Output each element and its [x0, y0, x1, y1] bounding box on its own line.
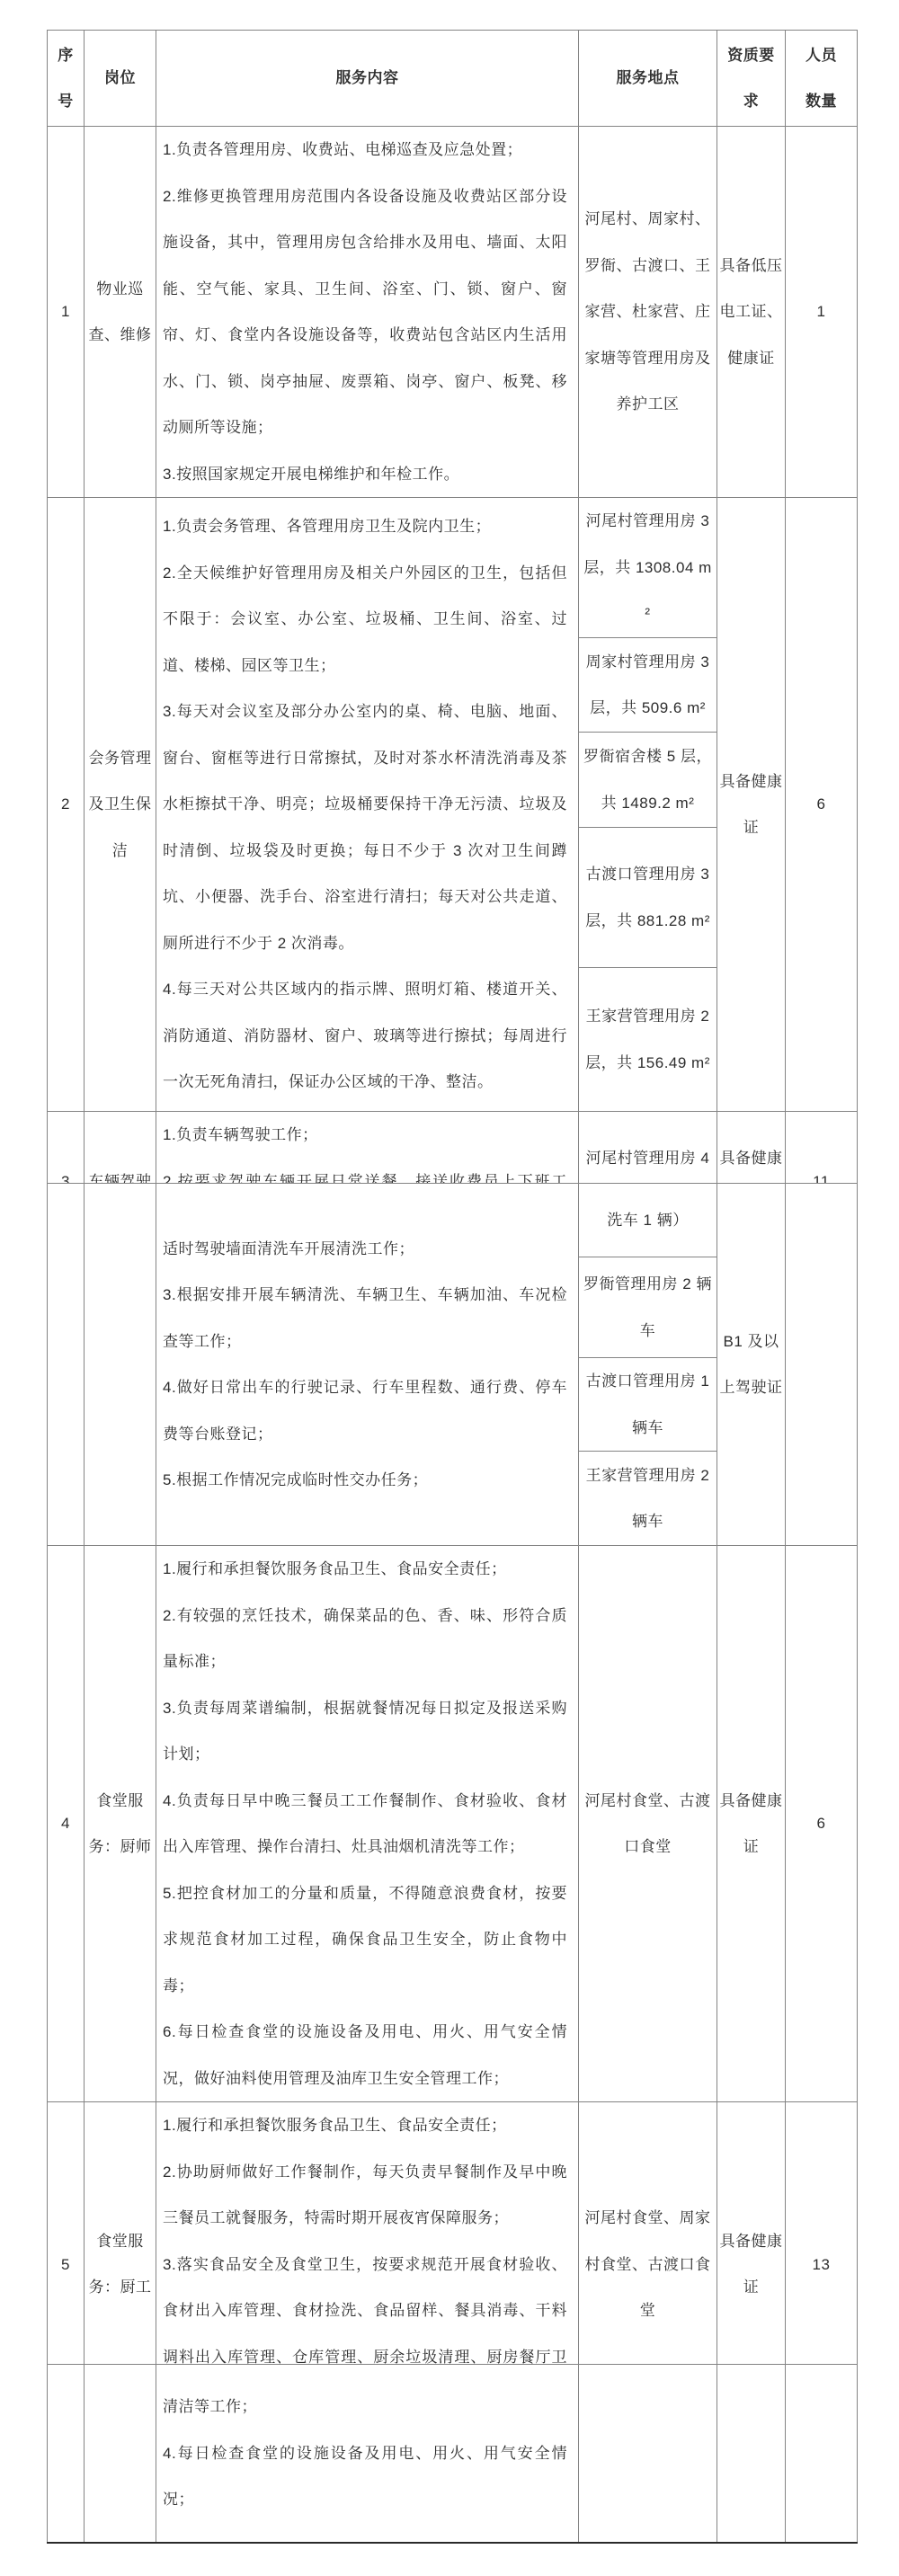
location-subcell: 王家营管理用房 2 层，共 156.49 m²: [579, 968, 717, 1112]
count-cell: [786, 1184, 858, 1546]
column-header-location: 服务地点: [579, 31, 717, 127]
qualification-cell: B1 及以上驾驶证: [717, 1184, 786, 1546]
location-cell: 河尾村、周家村、罗衙、古渡口、王家营、杜家营、庄家塘等管理用房及养护工区: [579, 127, 717, 498]
table-row-2: 2 会务管理及卫生保洁 1.负责会务管理、各管理用房卫生及院内卫生； 2.全天候…: [48, 498, 858, 638]
seq-cell: 2: [48, 498, 85, 1112]
content-paragraph: 6.每日检查食堂的设施设备及用电、用火、用气安全情况，做好油料使用管理及油库卫生…: [163, 2009, 567, 2101]
qualification-cell: [717, 2365, 786, 2543]
post-cell: [85, 1184, 156, 1546]
column-header-count: 人员 数量: [786, 31, 858, 127]
service-table-block-1: 序 号 岗位 服务内容 服务地点 资质要 求 人员 数量 1 物业巡查、维修 1…: [47, 30, 858, 1253]
content-paragraph: 4.每三天对公共区域内的指示牌、照明灯箱、楼道开关、消防通道、消防器材、窗户、玻…: [163, 966, 567, 1106]
location-subcell: 王家营管理用房 2 辆车: [579, 1452, 717, 1546]
table-row-4: 4 食堂服务：厨师 1.履行和承担餐饮服务食品卫生、食品安全责任； 2.有较强的…: [48, 1546, 858, 2102]
content-cell: 适时驾驶墙面清洗车开展清洗工作； 3.根据安排开展车辆清洗、车辆卫生、车辆加油、…: [156, 1184, 579, 1546]
content-cell: 1.履行和承担餐饮服务食品卫生、食品安全责任； 2.有较强的烹饪技术，确保菜品的…: [156, 1546, 579, 2102]
location-subcell: 古渡口管理用房 3 层，共 881.28 m²: [579, 828, 717, 968]
location-subcell: 洗车 1 辆）: [579, 1184, 717, 1257]
column-header-post: 岗位: [85, 31, 156, 127]
count-cell: 6: [786, 1546, 858, 2102]
qualification-cell: 具备健康证: [717, 498, 786, 1112]
post-cell: 食堂服务：厨师: [85, 1546, 156, 2102]
location-subcell: 河尾村管理用房 3 层，共 1308.04 m²: [579, 498, 717, 638]
table-row-5-continued: 清洁等工作； 4.每日检查食堂的设施设备及用电、用火、用气安全情况；: [48, 2365, 858, 2543]
location-subcell: 周家村管理用房 3 层，共 509.6 m²: [579, 638, 717, 733]
service-table-block-2: 适时驾驶墙面清洗车开展清洗工作； 3.根据安排开展车辆清洗、车辆卫生、车辆加油、…: [47, 1183, 858, 2429]
qualification-cell: 具备低压电工证、健康证: [717, 127, 786, 498]
content-paragraph: 清洁等工作；: [163, 2384, 567, 2430]
qualification-cell: 具备健康证: [717, 1546, 786, 2102]
content-cell: 1.负责各管理用房、收费站、电梯巡查及应急处置； 2.维修更换管理用房范围内各设…: [156, 127, 579, 498]
location-subcell: 罗衙管理用房 2 辆车: [579, 1257, 717, 1358]
column-header-content: 服务内容: [156, 31, 579, 127]
content-paragraph: 5.把控食材加工的分量和质量，不得随意浪费食材，按要求规范食材加工过程，确保食品…: [163, 1870, 567, 2010]
seq-cell: [48, 2365, 85, 2543]
content-paragraph: 1.履行和承担餐饮服务食品卫生、食品安全责任；: [163, 1546, 567, 1593]
content-paragraph: 4.做好日常出车的行驶记录、行车里程数、通行费、停车费等台账登记；: [163, 1364, 567, 1457]
seq-cell: [48, 1184, 85, 1546]
header-row: 序 号 岗位 服务内容 服务地点 资质要 求 人员 数量: [48, 31, 858, 127]
table-row-1: 1 物业巡查、维修 1.负责各管理用房、收费站、电梯巡查及应急处置； 2.维修更…: [48, 127, 858, 498]
post-cell: 物业巡查、维修: [85, 127, 156, 498]
content-paragraph: 5.根据工作情况完成临时性交办任务；: [163, 1457, 567, 1504]
content-paragraph: 适时驾驶墙面清洗车开展清洗工作；: [163, 1226, 567, 1273]
location-subcell: 古渡口管理用房 1 辆车: [579, 1358, 717, 1452]
content-paragraph: 3.负责每周菜谱编制，根据就餐情况每日拟定及报送采购计划；: [163, 1685, 567, 1778]
content-paragraph: 1.负责车辆驾驶工作；: [163, 1112, 567, 1159]
content-paragraph: 2.有较强的烹饪技术，确保菜品的色、香、味、形符合质量标准；: [163, 1593, 567, 1685]
service-table-block-3: 清洁等工作； 4.每日检查食堂的设施设备及用电、用火、用气安全情况；: [47, 2364, 858, 2544]
content-cell: 清洁等工作； 4.每日检查食堂的设施设备及用电、用火、用气安全情况；: [156, 2365, 579, 2543]
post-cell: [85, 2365, 156, 2543]
content-paragraph: 2.全天候维护好管理用房及相关户外园区的卫生，包括但不限于：会议室、办公室、垃圾…: [163, 550, 567, 689]
location-cell: 河尾村食堂、古渡口食堂: [579, 1546, 717, 2102]
seq-cell: 1: [48, 127, 85, 498]
count-cell: 1: [786, 127, 858, 498]
content-paragraph: 4.每日检查食堂的设施设备及用电、用火、用气安全情况；: [163, 2430, 567, 2523]
table-row-3-continued: 适时驾驶墙面清洗车开展清洗工作； 3.根据安排开展车辆清洗、车辆卫生、车辆加油、…: [48, 1184, 858, 1257]
column-header-qualification: 资质要 求: [717, 31, 786, 127]
content-paragraph: 3.每天对会议室及部分办公室内的桌、椅、电脑、地面、窗台、窗框等进行日常擦拭，及…: [163, 688, 567, 966]
content-paragraph: 3.根据安排开展车辆清洗、车辆卫生、车辆加油、车况检查等工作；: [163, 1272, 567, 1364]
location-subcell: 罗衙宿舍楼 5 层，共 1489.2 m²: [579, 733, 717, 828]
document-page: { "document": { "columns": { "seq": "序\n…: [0, 0, 899, 2576]
post-cell: 会务管理及卫生保洁: [85, 498, 156, 1112]
count-cell: [786, 2365, 858, 2543]
content-paragraph: 2.维修更换管理用房范围内各设备设施及收费站区部分设施设备，其中，管理用房包含给…: [163, 173, 567, 451]
content-paragraph: 1.负责会务管理、各管理用房卫生及院内卫生；: [163, 503, 567, 550]
content-paragraph: 1.履行和承担餐饮服务食品卫生、食品安全责任；: [163, 2102, 567, 2149]
content-paragraph: 4.负责每日早中晚三餐员工工作餐制作、食材验收、食材出入库管理、操作台清扫、灶具…: [163, 1778, 567, 1870]
column-header-seq: 序 号: [48, 31, 85, 127]
count-cell: 6: [786, 498, 858, 1112]
content-paragraph: 2.协助厨师做好工作餐制作，每天负责早餐制作及早中晚三餐员工就餐服务，特需时期开…: [163, 2149, 567, 2242]
location-cell: [579, 2365, 717, 2543]
content-cell: 1.负责会务管理、各管理用房卫生及院内卫生； 2.全天候维护好管理用房及相关户外…: [156, 498, 579, 1112]
seq-cell: 4: [48, 1546, 85, 2102]
content-paragraph: 3.按照国家规定开展电梯维护和年检工作。: [163, 451, 567, 498]
content-paragraph: 1.负责各管理用房、收费站、电梯巡查及应急处置；: [163, 127, 567, 173]
